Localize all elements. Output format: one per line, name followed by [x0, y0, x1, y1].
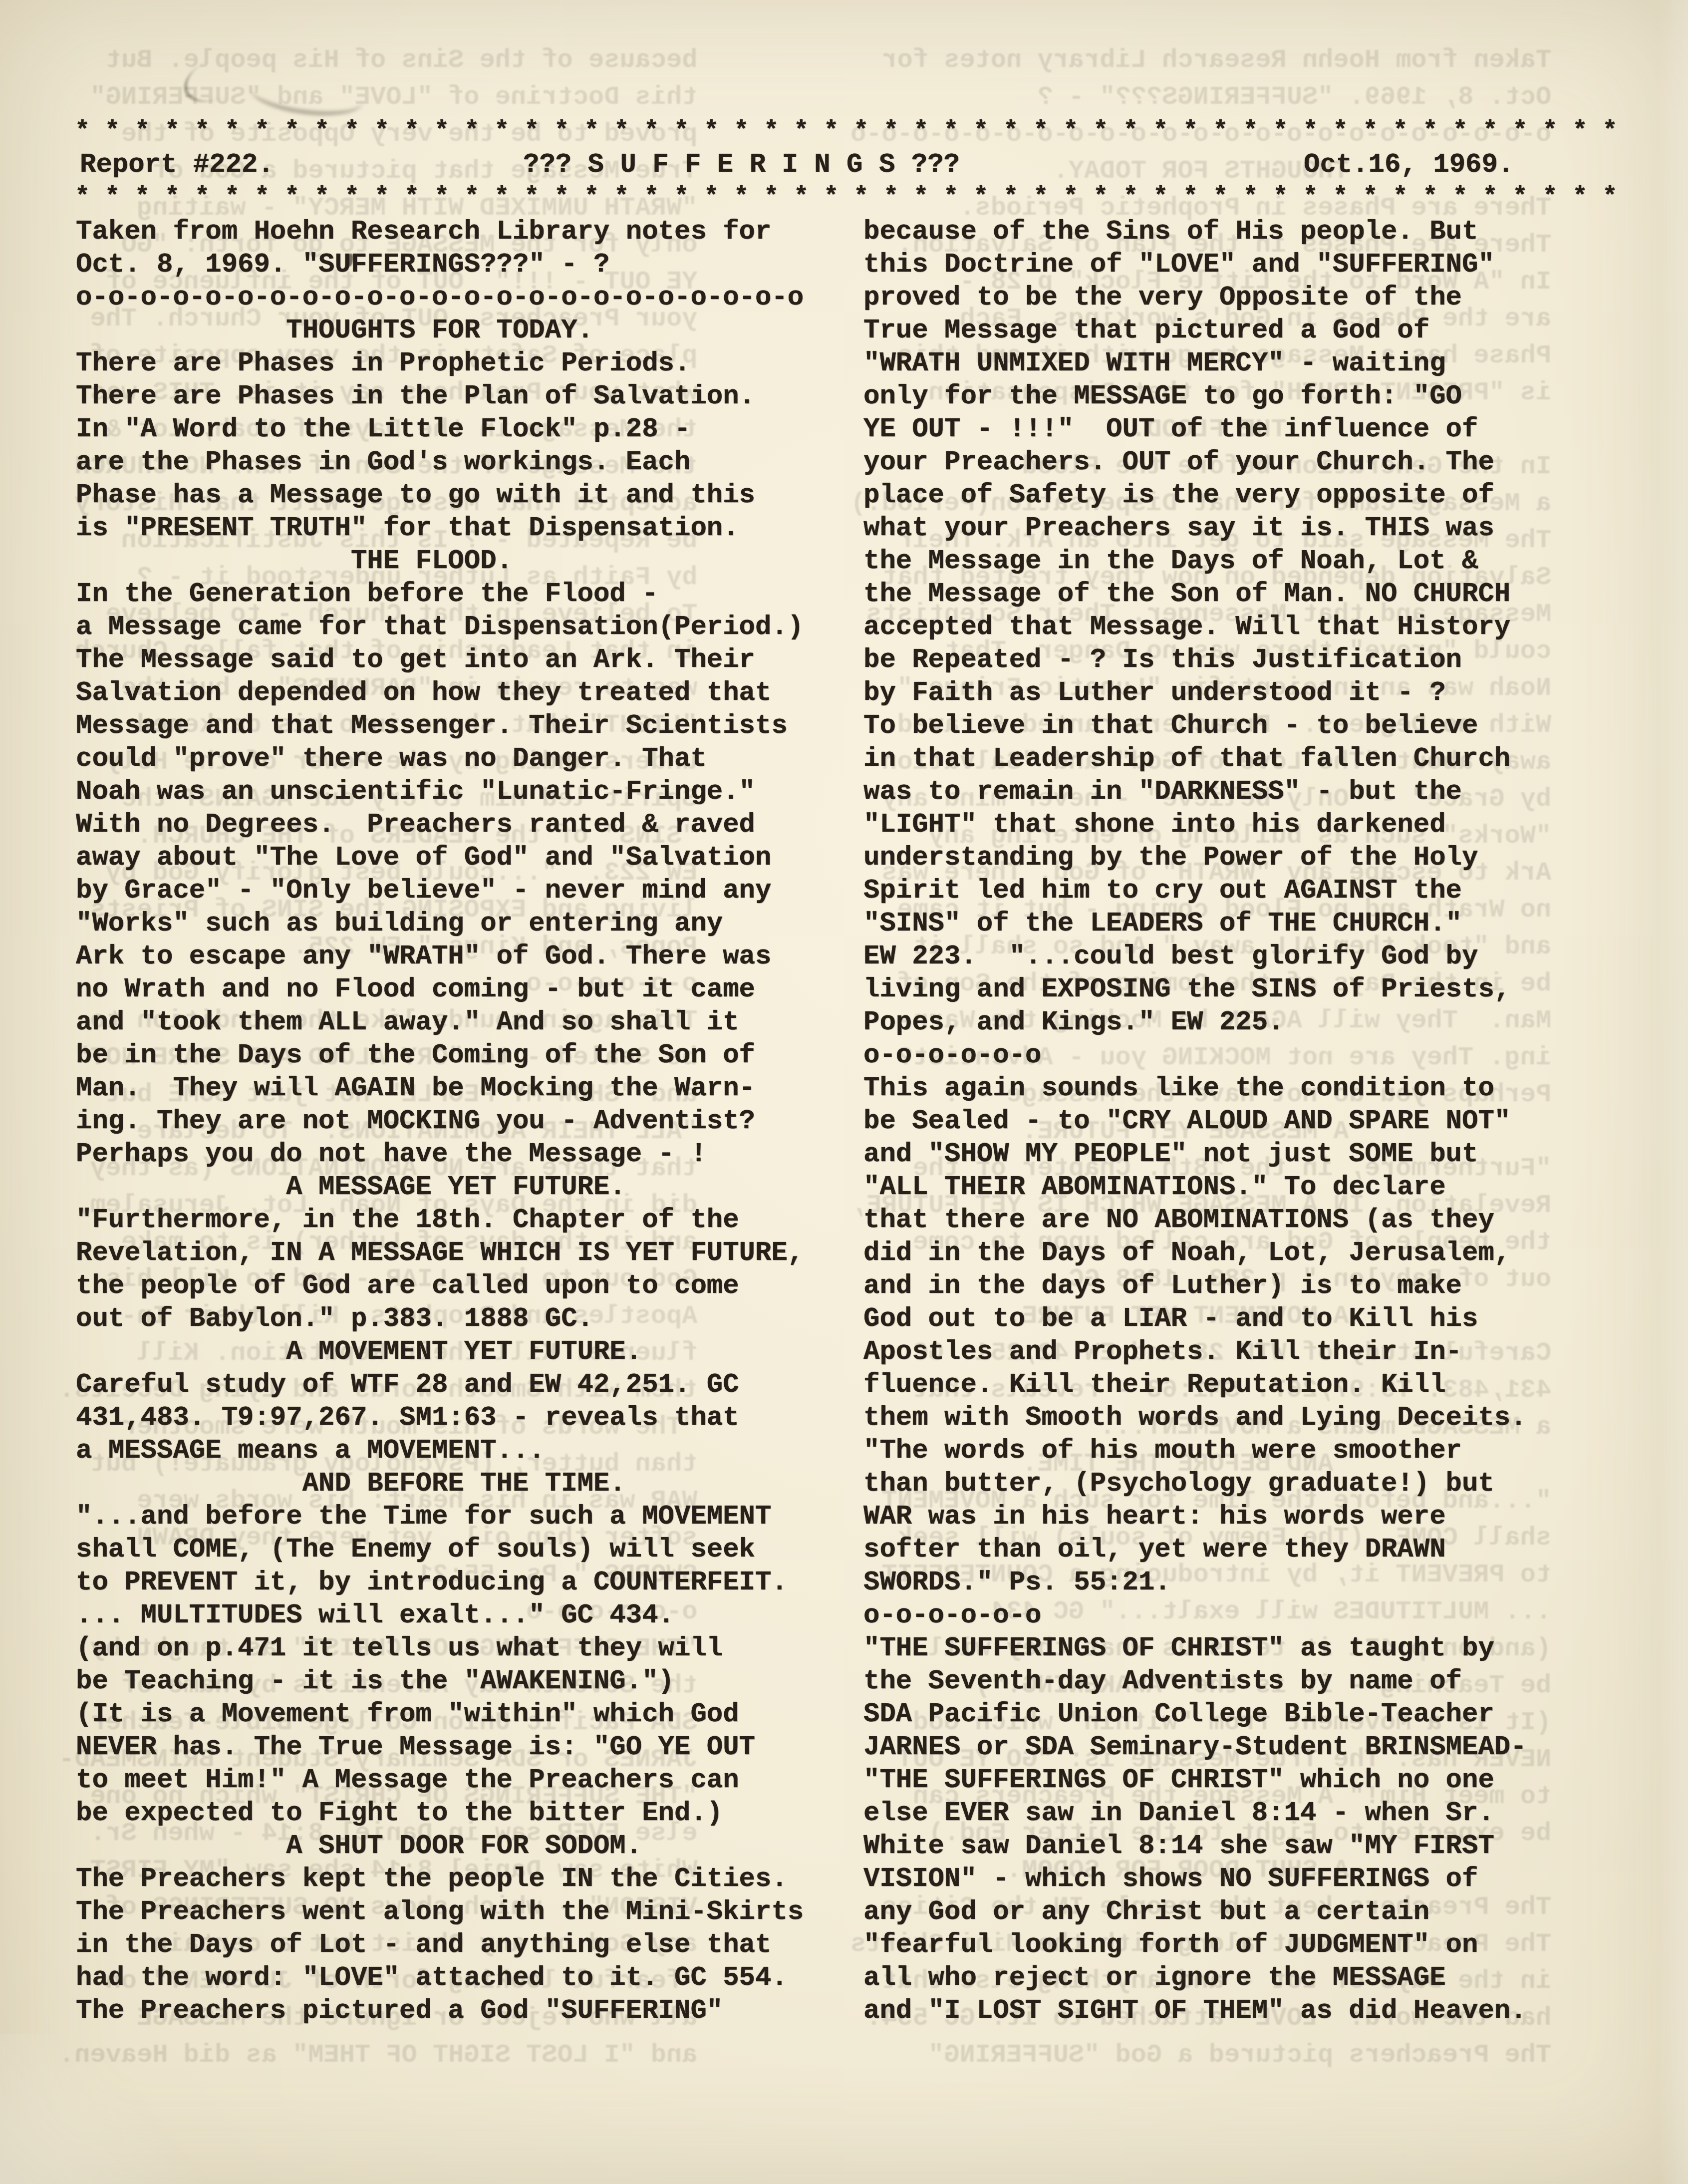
right-column-text: because of the Sins of His people. But t… [863, 216, 1527, 2028]
pencil-smudge [248, 68, 366, 121]
report-number: Report #222. [80, 149, 274, 182]
issue-date: Oct.16, 1969. [1304, 149, 1514, 182]
left-column-text: Taken from Hoehn Research Library notes … [76, 216, 804, 2028]
page-edge-highlight [1658, 0, 1688, 2184]
page-title: ??? S U F F E R I N G S ??? [523, 149, 960, 182]
page-corner-highlight [0, 2034, 210, 2184]
scanned-typewritten-page: because of the Sins of His people. But t… [0, 0, 1688, 2184]
pencil-smudge [177, 47, 256, 111]
asterisk-divider-bottom: * * * * * * * * * * * * * * * * * * * * … [75, 182, 1618, 213]
header-row: Report #222. ??? S U F F E R I N G S ???… [0, 149, 1688, 182]
asterisk-divider-top: * * * * * * * * * * * * * * * * * * * * … [75, 116, 1618, 147]
